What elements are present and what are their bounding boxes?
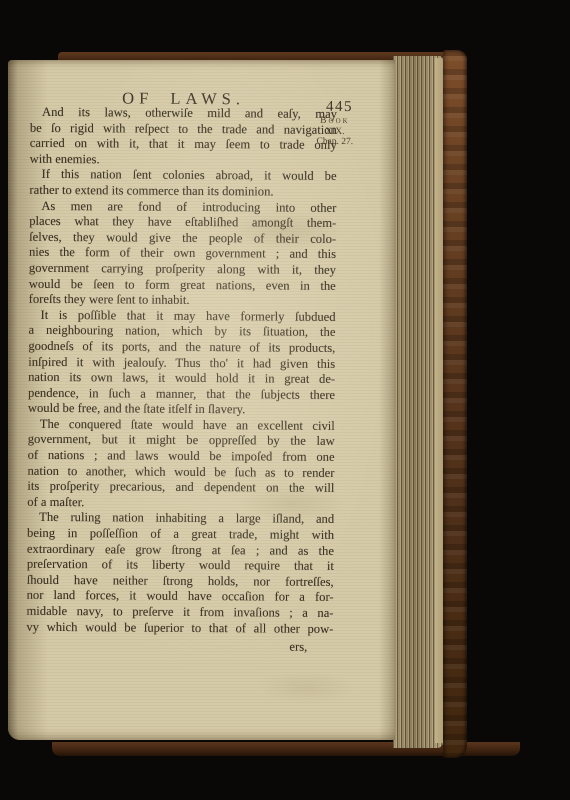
book-photo: OF LAWS. 445 Book XIX. Chap. 27. And its… <box>0 0 570 800</box>
text-line: goodneſs of its ports, and the nature of… <box>28 339 335 357</box>
text-line: midable navy, to preſerve it from invaſi… <box>26 604 333 622</box>
show-through-smudge <box>256 670 356 705</box>
text-line: foreſts they were ſent to inhabit. <box>29 292 336 310</box>
leather-cover-spine <box>443 50 467 758</box>
text-line: being in poſſeſſion of a great trade, mi… <box>27 526 334 544</box>
text-line: nation its own laws, it would hold it in… <box>28 370 335 388</box>
text-line: preſervation of its liberty would requir… <box>27 557 334 575</box>
text-line: government carrying proſperity along wit… <box>29 261 336 279</box>
text-line: of nations ; and laws would be impoſed f… <box>28 448 335 466</box>
catchword: ers, <box>26 638 333 656</box>
text-line: places what they have eſtabliſhed amongſ… <box>29 214 336 232</box>
text-line: vy which would be ſuperior to that of al… <box>26 619 333 637</box>
book-page: OF LAWS. 445 Book XIX. Chap. 27. And its… <box>8 60 395 740</box>
fore-edge-light-band <box>435 58 442 743</box>
text-line: carried on with it, that it may ſeem to … <box>30 136 337 154</box>
page-content: OF LAWS. 445 Book XIX. Chap. 27. And its… <box>6 59 398 742</box>
body-text: And its laws, otherwiſe mild and eaſy, m… <box>26 105 337 656</box>
text-line: rather to extend its commerce than its d… <box>29 183 336 201</box>
text-line: And its laws, otherwiſe mild and eaſy, m… <box>30 105 337 123</box>
page-stack-fore-edge <box>393 56 443 748</box>
